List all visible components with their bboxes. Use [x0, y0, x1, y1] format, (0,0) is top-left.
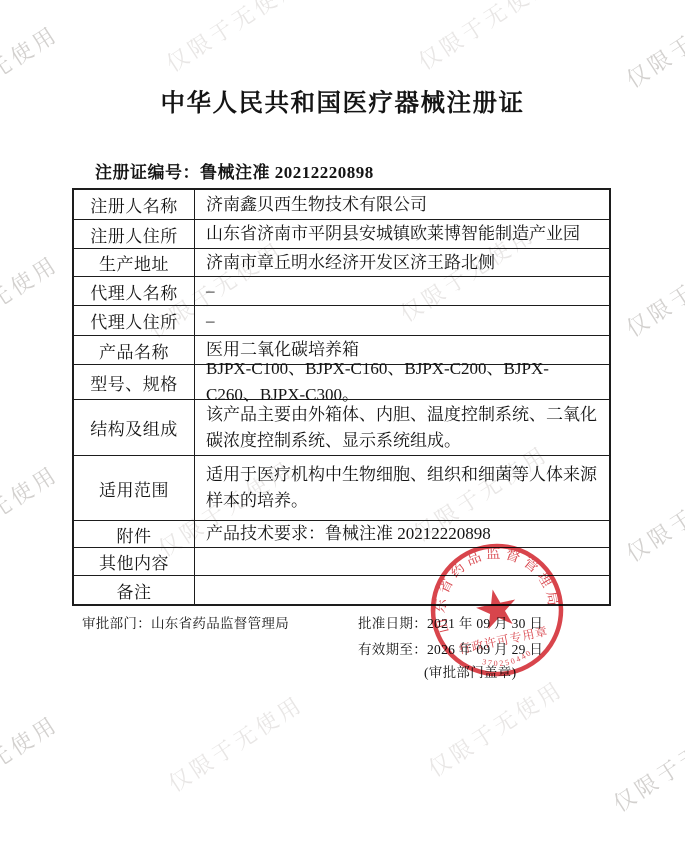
watermark-text: 仅限于无使用: [0, 458, 64, 569]
table-row: 代理人名称 –: [74, 276, 609, 305]
watermark-text: 仅限于无使用: [412, 0, 560, 76]
table-row: 其他内容: [74, 547, 609, 575]
watermark-text: 仅限于无使用: [422, 673, 570, 784]
table-row: 型号、规格 BJPX-C100、BJPX-C160、BJPX-C200、BJPX…: [74, 364, 609, 399]
row-value: 适用于医疗机构中生物细胞、组织和细菌等人体来源样本的培养。: [195, 456, 609, 520]
row-value: BJPX-C100、BJPX-C160、BJPX-C200、BJPX-C260、…: [195, 365, 609, 399]
certificate-title: 中华人民共和国医疗器械注册证: [0, 84, 685, 119]
approval-date-value: 2021 年 09 月 30 日: [427, 616, 543, 631]
registration-number-value: 鲁械注准 20212220898: [200, 163, 374, 182]
row-value: 山东省济南市平阴县安城镇欧莱博智能制造产业园: [195, 220, 609, 248]
watermark-text: 仅限于无使用: [0, 248, 64, 359]
approval-date-label: 批准日期：: [358, 616, 427, 631]
approval-date-line: 批准日期：2021 年 09 月 30 日: [358, 612, 543, 632]
watermark-text: 仅限于无使用: [620, 458, 685, 569]
table-row: 适用范围 适用于医疗机构中生物细胞、组织和细菌等人体来源样本的培养。: [74, 455, 609, 520]
registration-number-line: 注册证编号：鲁械注准 20212220898: [95, 158, 374, 183]
row-value: [195, 576, 609, 604]
valid-until-value: 2026 年 09 月 29 日: [427, 642, 543, 657]
table-row: 生产地址 济南市章丘明水经济开发区济王路北侧: [74, 248, 609, 276]
row-label: 型号、规格: [74, 365, 195, 399]
row-label: 结构及组成: [74, 400, 195, 455]
watermark-text: 仅限于无使用: [620, 0, 685, 94]
row-label: 适用范围: [74, 456, 195, 520]
row-value: –: [195, 306, 609, 335]
row-label: 产品名称: [74, 336, 195, 364]
table-row: 附件 产品技术要求：鲁械注准 20212220898: [74, 520, 609, 547]
valid-until-line: 有效期至：2026 年 09 月 29 日: [358, 638, 543, 658]
row-label: 注册人住所: [74, 220, 195, 248]
watermark-text: 仅限于无使用: [160, 0, 308, 78]
table-row: 代理人住所 –: [74, 305, 609, 335]
table-row: 结构及组成 该产品主要由外箱体、内胆、温度控制系统、二氧化碳浓度控制系统、显示系…: [74, 399, 609, 455]
table-row: 注册人住所 山东省济南市平阴县安城镇欧莱博智能制造产业园: [74, 219, 609, 248]
valid-until-label: 有效期至：: [358, 642, 427, 657]
registration-table: 注册人名称 济南鑫贝西生物技术有限公司 注册人住所 山东省济南市平阴县安城镇欧莱…: [72, 188, 611, 606]
row-label: 其他内容: [74, 548, 195, 575]
watermark-text: 仅限于无使用: [620, 233, 685, 344]
approval-department-value: 山东省药品监督管理局: [151, 616, 289, 631]
approval-department-label: 审批部门：: [82, 616, 151, 631]
row-value: [195, 548, 609, 575]
watermark-text: 仅限于无使用: [0, 708, 64, 819]
row-value: 产品技术要求：鲁械注准 20212220898: [195, 521, 609, 547]
row-label: 附件: [74, 521, 195, 547]
row-label: 备注: [74, 576, 195, 604]
row-label: 代理人住所: [74, 306, 195, 335]
watermark-text: 仅限于无使用: [607, 708, 685, 819]
approval-department-line: 审批部门：山东省药品监督管理局: [82, 612, 289, 632]
row-value: 济南鑫贝西生物技术有限公司: [195, 190, 609, 219]
row-label: 生产地址: [74, 249, 195, 276]
watermark-text: 仅限于无使用: [162, 688, 310, 799]
certificate-page: 仅限于无使用 仅限于无使用 仅限于无使用 仅限于无使用 仅限于无使用 仅限于无使…: [0, 0, 685, 855]
registration-number-label: 注册证编号：: [95, 163, 200, 182]
row-label: 注册人名称: [74, 190, 195, 219]
seal-note: (审批部门盖章): [424, 661, 516, 681]
table-row: 备注: [74, 575, 609, 604]
row-label: 代理人名称: [74, 277, 195, 305]
row-value: –: [195, 277, 609, 305]
table-row: 注册人名称 济南鑫贝西生物技术有限公司: [74, 190, 609, 219]
row-value: 该产品主要由外箱体、内胆、温度控制系统、二氧化碳浓度控制系统、显示系统组成。: [195, 400, 609, 455]
row-value: 济南市章丘明水经济开发区济王路北侧: [195, 249, 609, 276]
